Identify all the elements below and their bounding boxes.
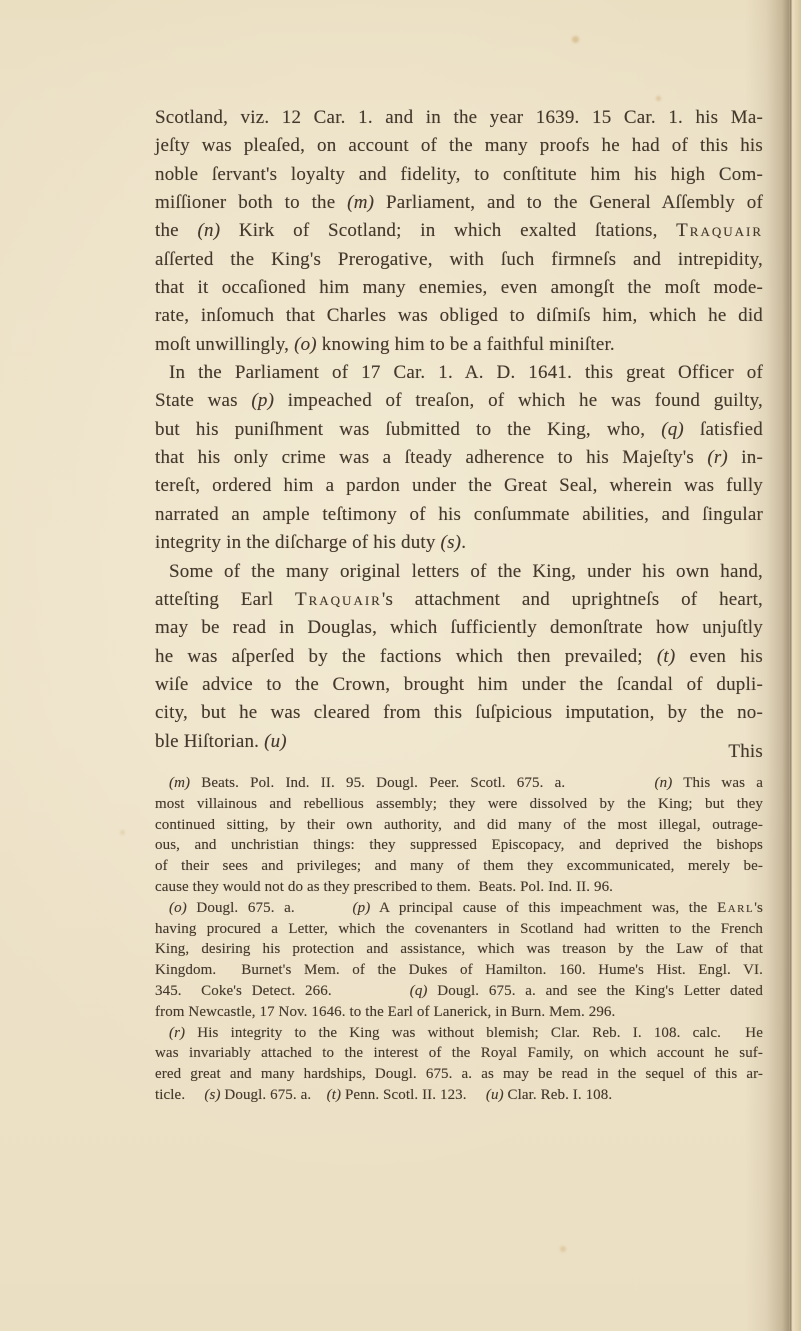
text-segment: Penn. Scotl. II. 123. [341, 1087, 486, 1103]
text-segment: most villainous and rebellious assembly;… [155, 796, 763, 812]
main-text-block: Scotland, viz. 12 Car. 1. and in the yea… [155, 104, 763, 756]
text-segment: 345. Coke's Detect. 266. [155, 983, 410, 999]
text-line: narrated an ample teſtimony of his conſu… [155, 501, 763, 529]
text-line: In the Parliament of 17 Car. 1. A. D. 16… [155, 359, 763, 387]
text-segment: city, but he was cleared from this ſuſpi… [155, 702, 763, 723]
text-line: that his only crime was a ſteady adheren… [155, 444, 763, 472]
text-line: 345. Coke's Detect. 266. (q) Dougl. 675.… [155, 981, 763, 1002]
text-segment: Parliament, and to the General Aſſembly … [374, 192, 763, 213]
text-segment: impeached of treaſon, of which he was fo… [274, 390, 763, 411]
text-line: of their sees and privileges; and many o… [155, 856, 763, 877]
text-line: ticle. (s) Dougl. 675. a. (t) Penn. Scot… [155, 1085, 763, 1106]
footnote-marker: (q) [661, 419, 684, 440]
foxing-spot [120, 830, 125, 835]
text-segment: was invariably attached to the interest … [155, 1045, 763, 1061]
text-segment: Scotland, viz. 12 Car. 1. and in the yea… [155, 107, 763, 128]
text-line: ered great and many hardships, Dougl. 67… [155, 1064, 763, 1085]
footnote-marker: (p) [353, 900, 371, 916]
footnote-marker: (o) [169, 900, 187, 916]
text-segment: the [155, 220, 197, 241]
text-segment: In the Parliament of 17 Car. 1. A. D. 16… [169, 362, 763, 383]
text-line: (r) His integrity to the King was withou… [155, 1023, 763, 1044]
footnote-marker: (m) [169, 775, 190, 791]
text-line: aſſerted the King's Prerogative, with ſu… [155, 246, 763, 274]
text-segment: narrated an ample teſtimony of his conſu… [155, 504, 763, 525]
text-line: Kingdom. Burnet's Mem. of the Dukes of H… [155, 960, 763, 981]
text-segment: Dougl. 675. a. and see the King's Letter… [428, 983, 763, 999]
footnote-marker: (p) [251, 390, 274, 411]
text-segment: continued sitting, by their own authorit… [155, 817, 763, 833]
footnote-marker: (s) [204, 1087, 220, 1103]
text-segment: Clar. Reb. I. 108. [504, 1087, 613, 1103]
text-segment: Beats. Pol. Ind. II. 95. Dougl. Peer. Sc… [190, 775, 654, 791]
text-segment: Kingdom. Burnet's Mem. of the Dukes of H… [155, 962, 763, 978]
text-segment: miſſioner both to the [155, 192, 347, 213]
text-segment: of their sees and privileges; and many o… [155, 858, 763, 874]
text-segment: aſſerted the King's Prerogative, with ſu… [155, 249, 763, 270]
text-segment: rate, inſomuch that Charles was obliged … [155, 305, 763, 326]
text-segment: may be read in Douglas, which ſufficient… [155, 617, 763, 638]
text-line: may be read in Douglas, which ſufficient… [155, 614, 763, 642]
text-segment: atteſting Earl [155, 589, 295, 610]
text-line: ous, and unchristian things: they suppre… [155, 835, 763, 856]
text-line: King, desiring his protection and assist… [155, 939, 763, 960]
text-line: moſt unwillingly, (o) knowing him to be … [155, 331, 763, 359]
footnote-marker: (o) [294, 334, 317, 355]
text-segment: jeſty was pleaſed, on account of the man… [155, 135, 763, 156]
footnote-marker: (m) [347, 192, 374, 213]
text-segment: tereſt, ordered him a pardon under the G… [155, 475, 763, 496]
text-segment: from Newcastle, 17 Nov. 1646. to the Ear… [155, 1004, 615, 1020]
footnote-marker: (q) [410, 983, 428, 999]
foxing-spot [656, 96, 661, 101]
text-segment: noble ſervant's loyalty and fidelity, to… [155, 164, 763, 185]
text-segment: State was [155, 390, 251, 411]
text-segment: . [461, 532, 466, 553]
text-segment: wiſe advice to the Crown, brought him un… [155, 674, 763, 695]
text-segment: moſt unwillingly, [155, 334, 294, 355]
text-segment: but his puniſhment was ſubmitted to the … [155, 419, 661, 440]
text-segment: knowing him to be a faithful miniſter. [317, 334, 615, 355]
footnote-marker: (r) [169, 1025, 185, 1041]
text-segment: that it occaſioned him many enemies, eve… [155, 277, 763, 298]
text-line: city, but he was cleared from this ſuſpi… [155, 699, 763, 727]
text-segment: that his only crime was a ſteady adheren… [155, 447, 707, 468]
text-segment: Kirk of Scotland; in which exalted ſtati… [220, 220, 676, 241]
text-segment: integrity in the diſcharge of his duty [155, 532, 441, 553]
text-line: (m) Beats. Pol. Ind. II. 95. Dougl. Peer… [155, 773, 763, 794]
footnotes-block: (m) Beats. Pol. Ind. II. 95. Dougl. Peer… [155, 773, 763, 1106]
text-line: cause they would not do as they prescrib… [155, 877, 763, 898]
book-page: Scotland, viz. 12 Car. 1. and in the yea… [0, 0, 801, 1331]
text-line: he was aſperſed by the factions which th… [155, 643, 763, 671]
text-segment: Dougl. 675. a. [221, 1087, 327, 1103]
text-segment: ered great and many hardships, Dougl. 67… [155, 1066, 763, 1082]
text-line: wiſe advice to the Crown, brought him un… [155, 671, 763, 699]
page-edge-shadow [745, 0, 801, 1331]
footnote-marker: (n) [197, 220, 220, 241]
footnote-marker: (t) [327, 1087, 341, 1103]
footnote-marker: (u) [486, 1087, 504, 1103]
text-line: Scotland, viz. 12 Car. 1. and in the yea… [155, 104, 763, 132]
text-segment: Dougl. 675. a. [187, 900, 353, 916]
text-line: tereſt, ordered him a pardon under the G… [155, 472, 763, 500]
text-line: State was (p) impeached of treaſon, of w… [155, 387, 763, 415]
text-segment: having procured a Letter, which the cove… [155, 921, 763, 937]
text-line: that it occaſioned him many enemies, eve… [155, 274, 763, 302]
text-segment: he was aſperſed by the factions which th… [155, 646, 657, 667]
text-segment: ous, and unchristian things: they suppre… [155, 837, 763, 853]
text-line: rate, inſomuch that Charles was obliged … [155, 302, 763, 330]
text-line: Some of the many original letters of the… [155, 558, 763, 586]
catchword: This [155, 741, 763, 763]
text-line: jeſty was pleaſed, on account of the man… [155, 132, 763, 160]
footnote-marker: (r) [707, 447, 728, 468]
text-line: the (n) Kirk of Scotland; in which exalt… [155, 217, 763, 245]
text-segment: A principal cause of this impeachment wa… [370, 900, 717, 916]
text-line: atteſting Earl Traquair's attachment and… [155, 586, 763, 614]
footnote-marker: (n) [655, 775, 673, 791]
text-line: but his puniſhment was ſubmitted to the … [155, 416, 763, 444]
text-line: most villainous and rebellious assembly;… [155, 794, 763, 815]
text-line: integrity in the diſcharge of his duty (… [155, 529, 763, 557]
text-segment: ticle. [155, 1087, 204, 1103]
text-segment: Some of the many original letters of the… [169, 561, 763, 582]
foxing-spot [560, 1246, 566, 1252]
footnote-marker: (t) [657, 646, 676, 667]
text-line: having procured a Letter, which the cove… [155, 919, 763, 940]
foxing-spot [572, 36, 579, 43]
text-segment: His integrity to the King was without bl… [185, 1025, 763, 1041]
footnote-marker: (s) [441, 532, 462, 553]
text-line: continued sitting, by their own authorit… [155, 815, 763, 836]
text-line: noble ſervant's loyalty and fidelity, to… [155, 161, 763, 189]
text-segment: King, desiring his protection and assist… [155, 941, 763, 957]
text-segment: 's attachment and uprightneſs of heart, [382, 589, 763, 610]
text-line: miſſioner both to the (m) Parliament, an… [155, 189, 763, 217]
text-segment: cause they would not do as they prescrib… [155, 879, 613, 895]
text-line: (o) Dougl. 675. a. (p) A principal cause… [155, 898, 763, 919]
text-line: from Newcastle, 17 Nov. 1646. to the Ear… [155, 1002, 763, 1023]
text-segment: Traquair [295, 589, 382, 610]
text-line: was invariably attached to the interest … [155, 1043, 763, 1064]
